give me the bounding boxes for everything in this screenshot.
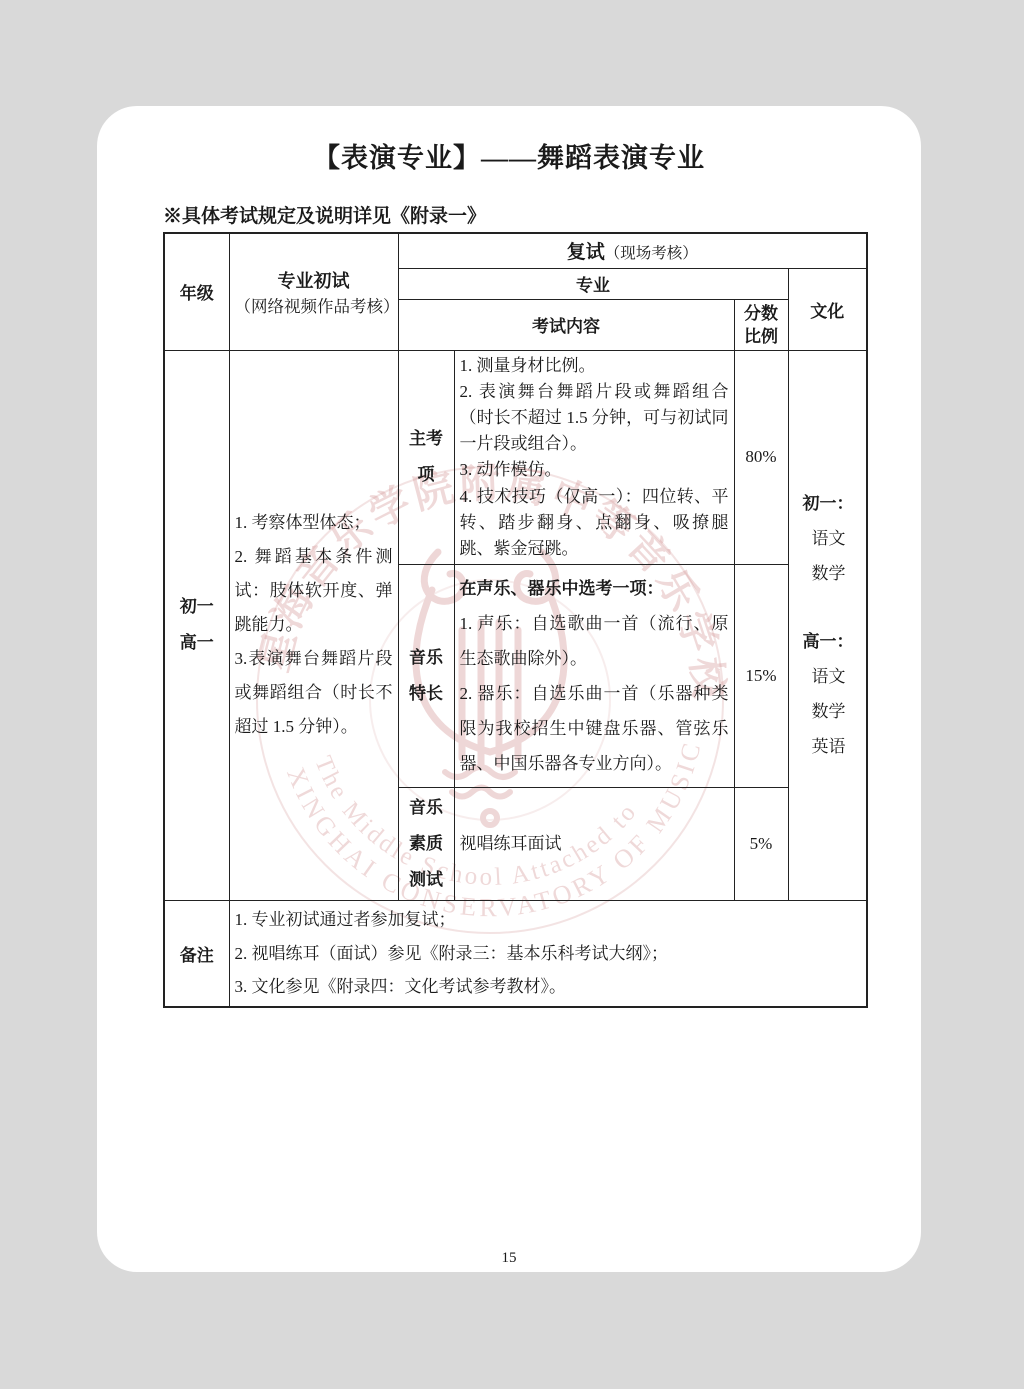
- table-header-row-1: 年级 专业初试 （网络视频作品考核） 复试（现场考核）: [164, 233, 867, 268]
- remark-line: 1. 专业初试通过者参加复试；: [235, 903, 862, 937]
- page-card: 星海音乐学院附属中等音乐学校 The Middle School Attache…: [97, 106, 921, 1272]
- culture-body-cell: 初一： 语文 数学 高一： 语文 数学 英语: [788, 350, 867, 901]
- culture-subject: 数学: [794, 694, 862, 729]
- page-number: 15: [97, 1250, 921, 1267]
- exam-table: 年级 专业初试 （网络视频作品考核） 复试（现场考核） 专业 文化 考试内容 分…: [163, 232, 868, 1008]
- grade-line-1: 初一: [170, 589, 224, 625]
- grade-header-cell: 年级: [164, 233, 229, 350]
- score-ratio-line1: 分数: [740, 302, 783, 325]
- initial-exam-item: 2. 舞蹈基本条件测试：肢体软开度、弹跳能力。: [235, 540, 393, 642]
- category-main-exam-cell: 主考项: [398, 350, 454, 565]
- music-specialty-lead: 在声乐、器乐中选考一项：: [460, 571, 729, 606]
- retest-sublabel: （现场考核）: [605, 245, 698, 262]
- score-music-quality-cell: 5%: [734, 788, 788, 901]
- exam-item: 视唱练耳面试: [460, 832, 729, 856]
- exam-item: 1. 测量身材比例。: [460, 353, 729, 379]
- music-quality-content-cell: 视唱练耳面试: [454, 788, 734, 901]
- music-specialty-content-cell: 在声乐、器乐中选考一项： 1. 声乐：自选歌曲一首（流行、原生态歌曲除外）。 2…: [454, 565, 734, 788]
- initial-exam-item: 3.表演舞台舞蹈片段或舞蹈组合（时长不超过 1.5 分钟）。: [235, 642, 393, 744]
- initial-exam-header-cell: 专业初试 （网络视频作品考核）: [229, 233, 398, 350]
- exam-item: 3. 动作模仿。: [460, 457, 729, 483]
- culture-group-junior: 初一： 语文 数学: [794, 486, 862, 591]
- culture-subject: 数学: [794, 556, 862, 591]
- score-music-specialty-cell: 15%: [734, 565, 788, 788]
- table-row-main-exam: 初一 高一 1. 考察体型体态； 2. 舞蹈基本条件测试：肢体软开度、弹跳能力。…: [164, 350, 867, 565]
- culture-subject: 语文: [794, 659, 862, 694]
- category-music-specialty-label: 音乐特长: [408, 640, 445, 712]
- culture-group-label: 高一：: [794, 624, 862, 659]
- category-main-exam-label: 主考项: [408, 421, 445, 493]
- culture-subject: 语文: [794, 521, 862, 556]
- exam-item: 2. 表演舞台舞蹈片段或舞蹈组合（时长不超过 1.5 分钟，可与初试同一片段或组…: [460, 379, 729, 458]
- remark-line: 2. 视唱练耳（面试）参见《附录三：基本乐科考试大纲》；: [235, 937, 862, 971]
- page-background: { "page": { "title": "【表演专业】——舞蹈表演专业", "…: [0, 0, 1024, 1389]
- category-music-quality-label: 音乐素质测试: [408, 790, 445, 898]
- exam-item: 2. 器乐：自选乐曲一首（乐器种类限为我校招生中键盘乐器、管弦乐器、中国乐器各专…: [460, 676, 729, 781]
- initial-exam-body-cell: 1. 考察体型体态； 2. 舞蹈基本条件测试：肢体软开度、弹跳能力。 3.表演舞…: [229, 350, 398, 901]
- major-header-cell: 专业: [398, 268, 788, 299]
- remarks-label-cell: 备注: [164, 901, 229, 1007]
- remarks-content-cell: 1. 专业初试通过者参加复试； 2. 视唱练耳（面试）参见《附录三：基本乐科考试…: [229, 901, 867, 1007]
- main-exam-content-cell: 1. 测量身材比例。 2. 表演舞台舞蹈片段或舞蹈组合（时长不超过 1.5 分钟…: [454, 350, 734, 565]
- initial-exam-label: 专业初试: [235, 267, 393, 293]
- retest-header-cell: 复试（现场考核）: [398, 233, 867, 268]
- grade-body-cell: 初一 高一: [164, 350, 229, 901]
- table-row-remarks: 备注 1. 专业初试通过者参加复试； 2. 视唱练耳（面试）参见《附录三：基本乐…: [164, 901, 867, 1007]
- culture-header-cell: 文化: [788, 268, 867, 350]
- score-ratio-line2: 比例: [740, 325, 783, 348]
- initial-exam-sublabel: （网络视频作品考核）: [235, 293, 393, 317]
- category-music-quality-cell: 音乐素质测试: [398, 788, 454, 901]
- category-music-specialty-cell: 音乐特长: [398, 565, 454, 788]
- exam-item: 1. 声乐：自选歌曲一首（流行、原生态歌曲除外）。: [460, 606, 729, 676]
- page-title: 【表演专业】——舞蹈表演专业: [97, 136, 921, 175]
- remark-line: 3. 文化参见《附录四：文化考试参考教材》。: [235, 970, 862, 1004]
- score-main-exam-cell: 80%: [734, 350, 788, 565]
- exam-note: ※具体考试规定及说明详见《附录一》: [163, 201, 486, 228]
- culture-group-label: 初一：: [794, 486, 862, 521]
- initial-exam-item: 1. 考察体型体态；: [235, 506, 393, 540]
- culture-group-senior: 高一： 语文 数学 英语: [794, 624, 862, 764]
- retest-label: 复试: [567, 242, 605, 263]
- exam-content-header-cell: 考试内容: [398, 299, 734, 350]
- exam-item: 4. 技术技巧（仅高一）：四位转、平转、踏步翻身、点翻身、吸撩腿跳、紫金冠跳。: [460, 484, 729, 563]
- score-ratio-header-cell: 分数 比例: [734, 299, 788, 350]
- grade-line-2: 高一: [170, 625, 224, 661]
- culture-subject: 英语: [794, 729, 862, 764]
